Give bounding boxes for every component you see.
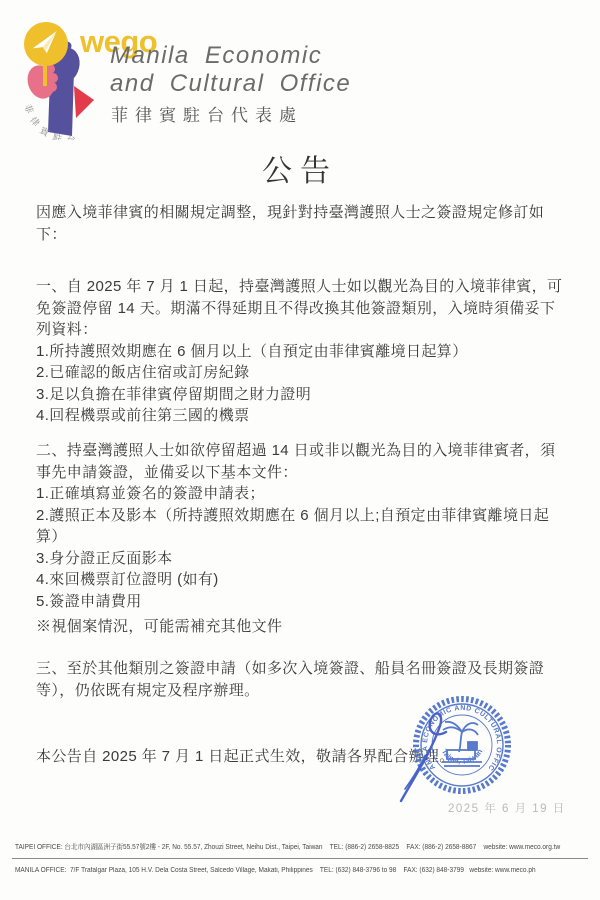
meco-seal-stamp: MANILA ECONOMIC AND CULTURAL OFFICE Taip… [385,690,525,805]
footer-divider [12,858,588,859]
section-1-item: 1.所持護照效期應在 6 個月以上（自預定由菲律賓離境日起算） [36,341,570,363]
section-2-item: 4.來回機票訂位證明 (如有) [36,569,570,591]
notice-title: 公告 [0,146,600,190]
intro-paragraph: 因應入境菲律賓的相關規定調整，現針對持臺灣護照人士之簽證規定修訂如下： [36,202,570,245]
org-name-line1: Manila Economic [110,42,322,70]
section-1-item: 3.足以負擔在菲律賓停留期間之財力證明 [36,384,570,406]
section-2: 二、持臺灣護照人士如欲停留超過 14 日或非以觀光為目的入境菲律賓者，須事先申請… [36,440,570,612]
section-2-heading: 二、持臺灣護照人士如欲停留超過 14 日或非以觀光為目的入境菲律賓者，須事先申請… [36,440,570,483]
org-name-line2: and Cultural Office [110,70,351,98]
section-1: 一、自 2025 年 7 月 1 日起，持臺灣護照人士如以觀光為目的入境菲律賓，… [36,276,570,427]
section-2-item: 5.簽證申請費用 [36,591,570,613]
section-1-item: 2.已確認的飯店住宿或訂房紀錄 [36,362,570,384]
taipei-office-line: TAIPEI OFFICE: 台北市內湖區洲子街55.57號2樓 - 2F, N… [15,842,560,852]
wego-logo [22,20,72,92]
section-1-item: 4.回程機票或前往第三國的機票 [36,405,570,427]
section-2-item: 2.護照正本及影本（所持護照效期應在 6 個月以上;自預定由菲律賓離境日起算） [36,505,570,548]
letterhead: 菲律賓駐台 wego Manila Economic and Cultural … [0,0,600,140]
supplement-note: ※視個案情況，可能需補充其他文件 [36,616,570,638]
scanned-notice-page: 菲律賓駐台 wego Manila Economic and Cultural … [0,0,600,900]
section-2-item: 1.正確填寫並簽名的簽證申請表； [36,483,570,505]
manila-office-line: MANILA OFFICE: 7/F Trafalgar Plaza, 105 … [15,867,536,874]
org-name-chinese: 菲律賓駐台代表處 [111,101,303,126]
section-1-heading: 一、自 2025 年 7 月 1 日起，持臺灣護照人士如以觀光為目的入境菲律賓，… [36,276,570,341]
section-2-item: 3.身分證正反面影本 [36,548,570,570]
issue-date: 2025 年 6 月 19 日 [448,800,588,816]
